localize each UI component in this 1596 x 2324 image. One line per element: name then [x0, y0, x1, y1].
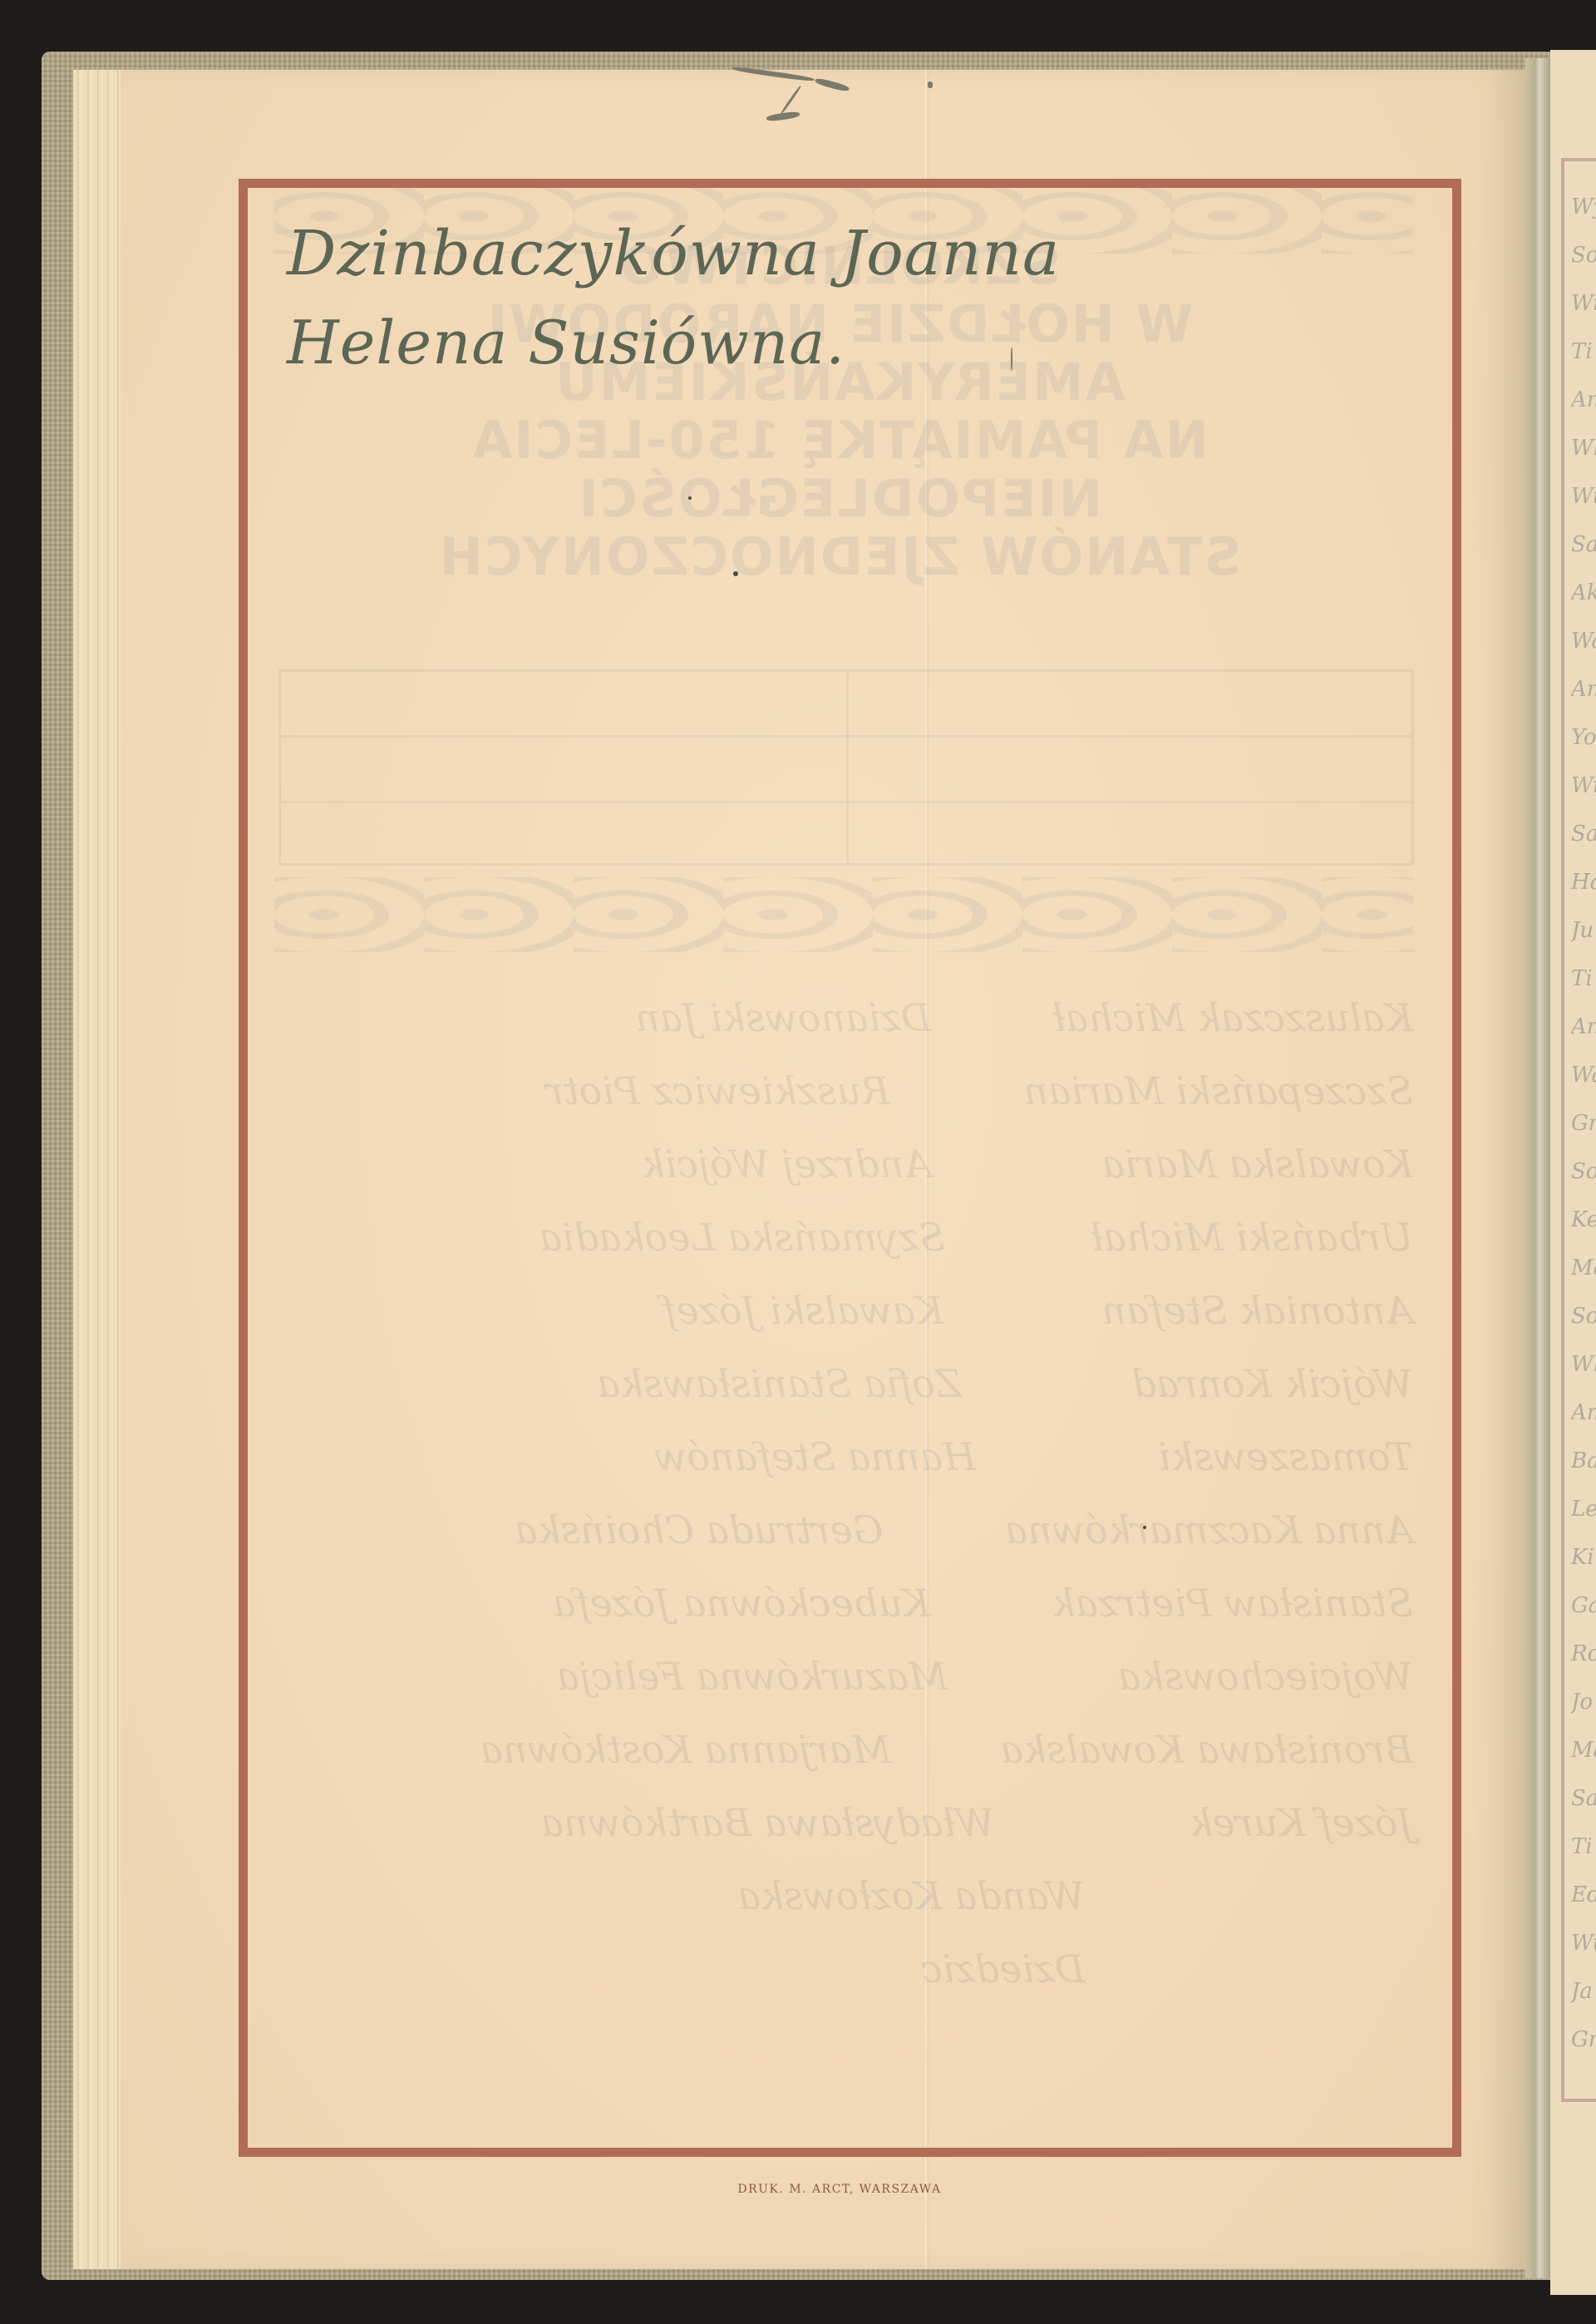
speck	[688, 496, 692, 500]
handwritten-name-1: Dzinbaczykówna Joanna	[287, 218, 1060, 289]
printer-imprint: DRUK. M. ARCT, WARSZAWA	[0, 2183, 1596, 2196]
handwritten-name-2: Helena Susiówna.	[287, 308, 845, 377]
ink-dot	[928, 81, 933, 88]
facing-page-text: WySoWiTiAnWhWuSaAkWaAnYoWiSaHaJuTiAnWaGr…	[1571, 183, 1596, 2079]
pencil-mark	[1011, 348, 1012, 371]
decorative-frame	[239, 179, 1461, 2157]
speck	[1143, 1526, 1146, 1529]
speck	[733, 571, 738, 576]
book-gutter	[1525, 58, 1550, 2278]
